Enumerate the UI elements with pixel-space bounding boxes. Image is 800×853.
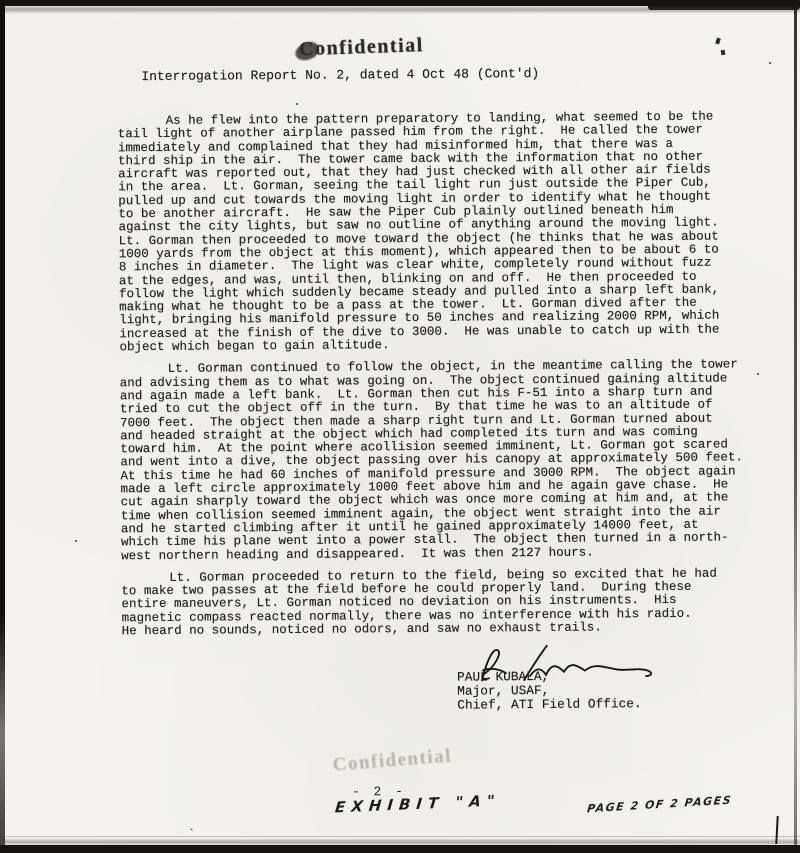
signature-block: PAUL KUBALA, Major, USAF, Chief, ATI Fie… — [457, 669, 642, 712]
page-count-annotation: PAGE 2 OF 2 PAGES — [586, 794, 732, 816]
text-line: object which began to gain altitude. — [119, 336, 767, 354]
report-title: Interrogation Report No. 2, dated 4 Oct … — [141, 66, 539, 84]
scanned-page: Confidential Interrogation Report No. 2,… — [0, 0, 800, 853]
paragraph-3: Lt. Gorman proceeded to return to the fi… — [121, 567, 770, 639]
signatory-office: Chief, ATI Field Office. — [457, 697, 641, 712]
paragraph-1: As he flew into the pattern preparatory … — [118, 110, 768, 354]
classification-stamp-top: Confidential — [299, 34, 424, 61]
paragraph-2: Lt. Gorman continued to follow the objec… — [120, 358, 770, 563]
text-line: He heard no sounds, noticed no odors, an… — [122, 620, 770, 638]
report-body: As he flew into the pattern preparatory … — [118, 110, 770, 647]
signatory-name: PAUL KUBALA, — [457, 669, 641, 684]
classification-stamp-bottom: Confidential — [332, 745, 453, 776]
